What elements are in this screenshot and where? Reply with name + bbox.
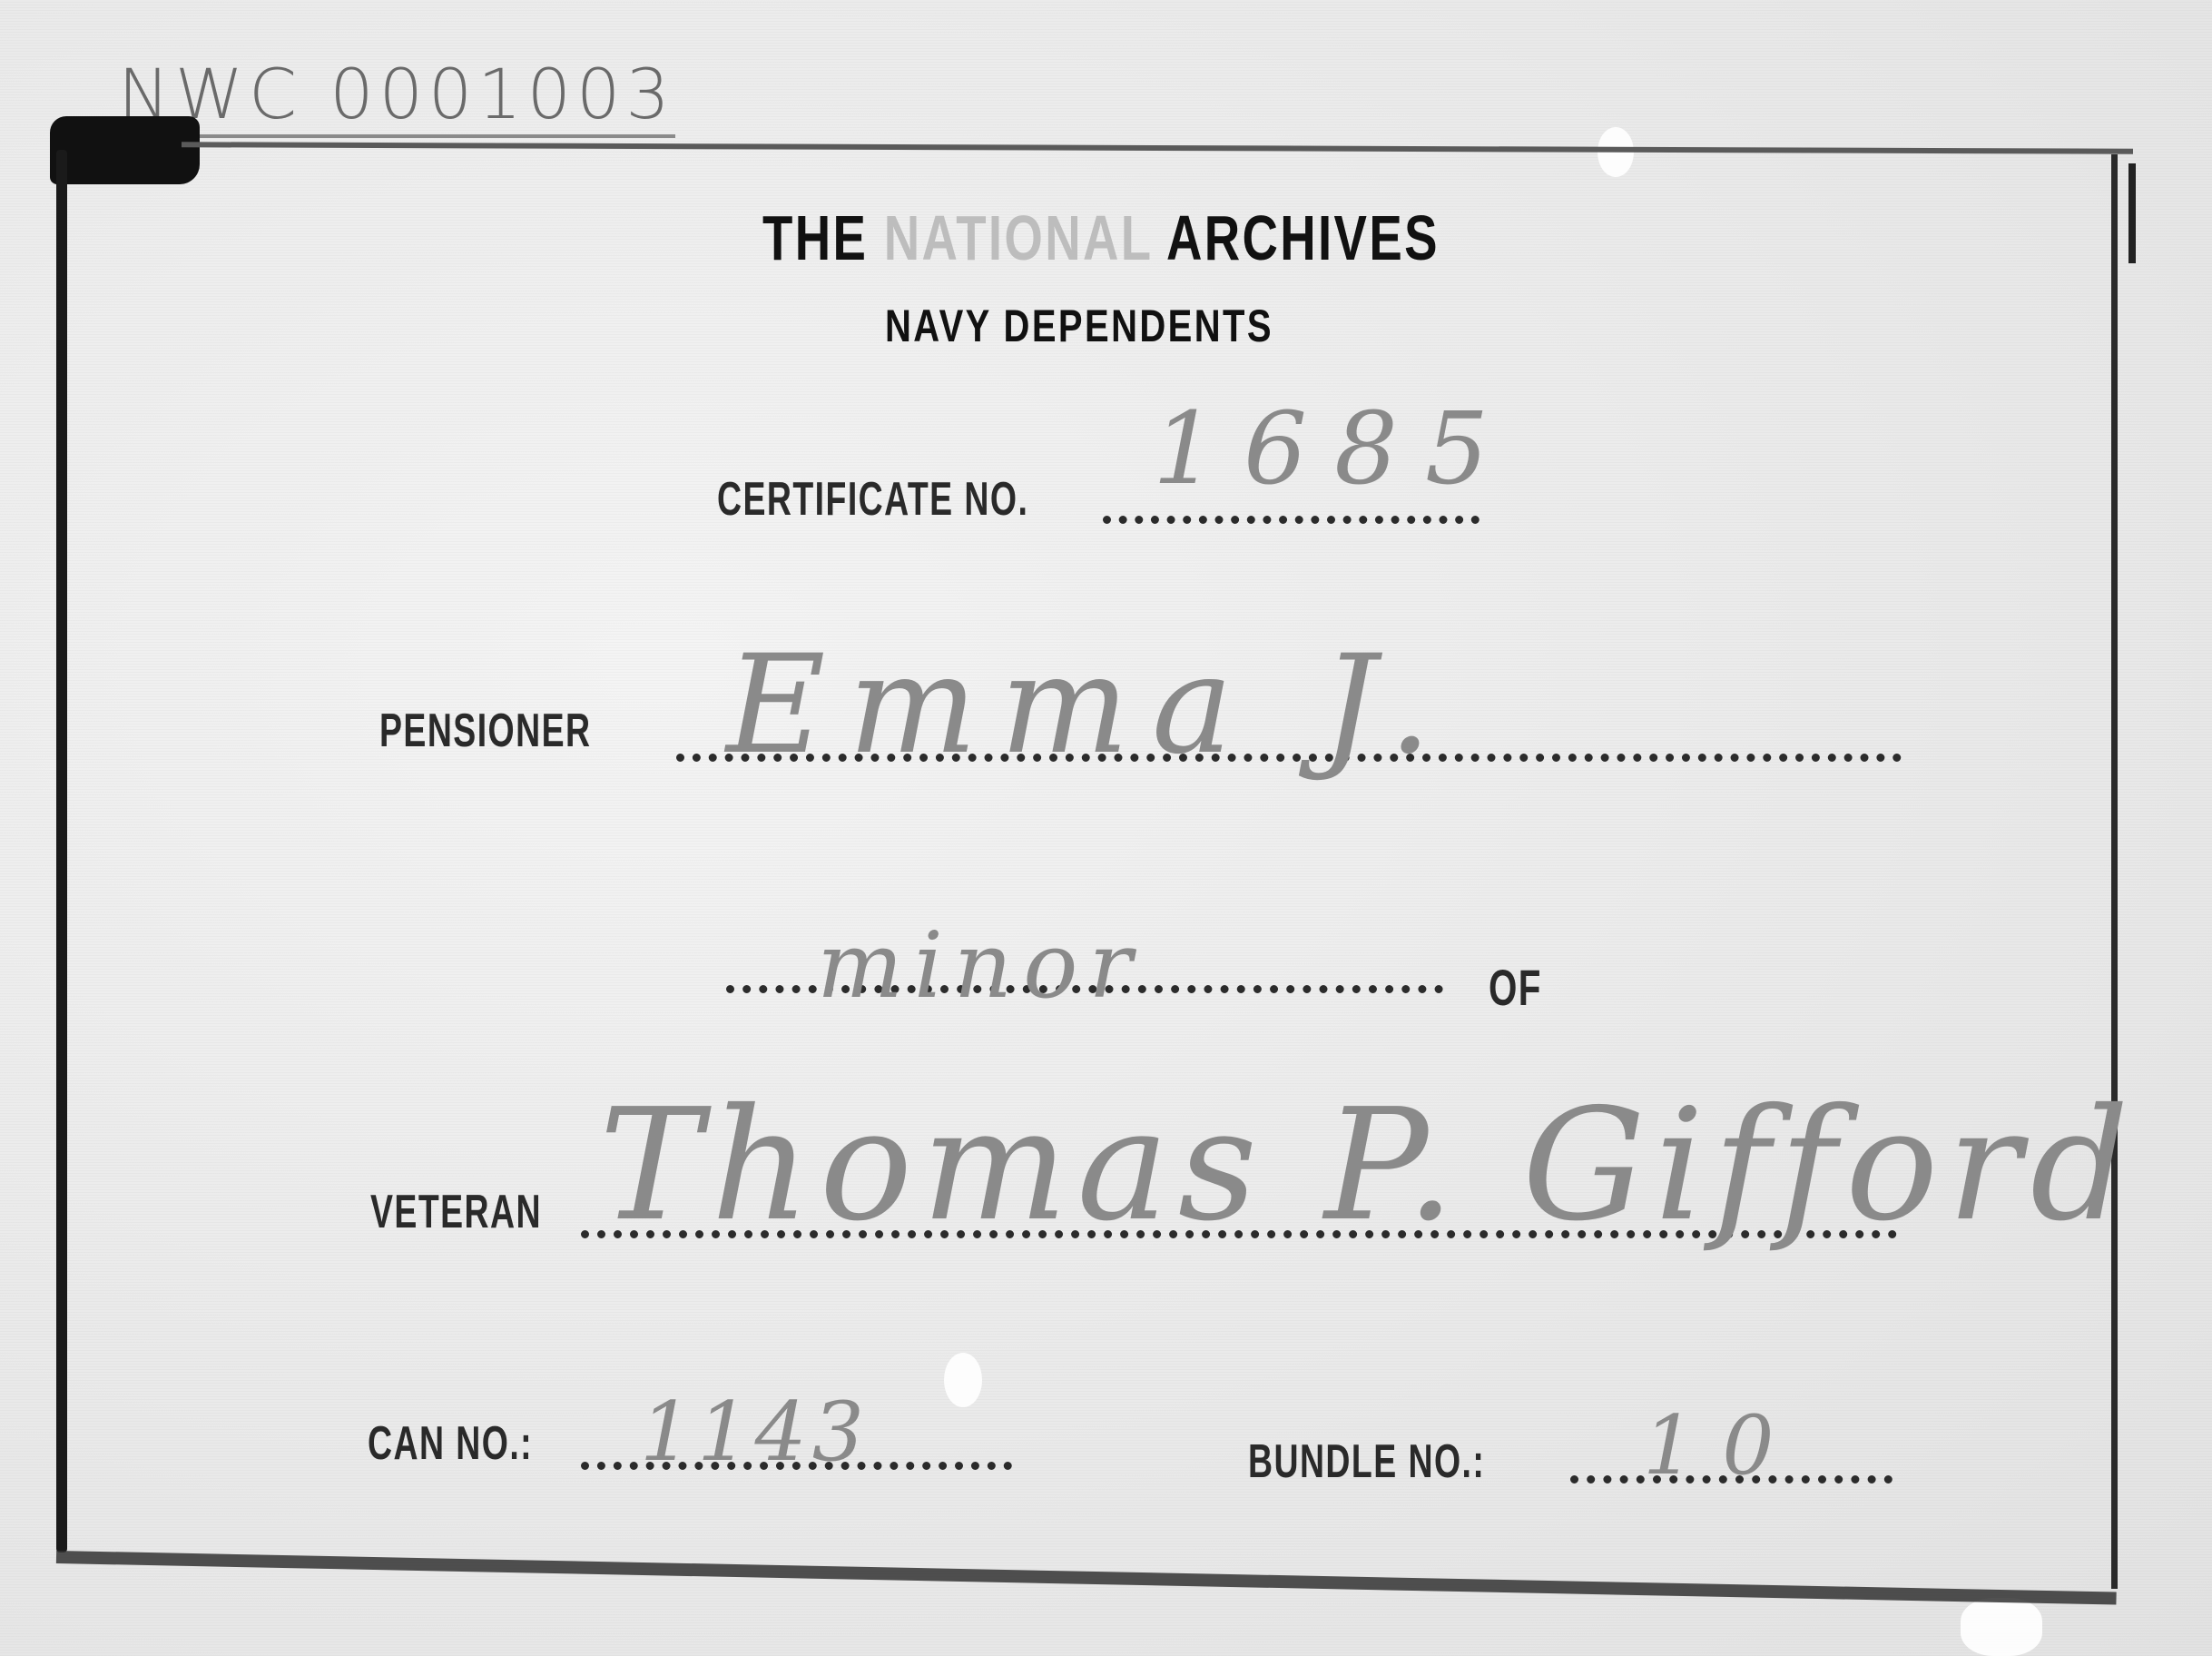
paper-speck (1961, 1598, 2042, 1656)
veteran-value: Thomas P. Gifford (599, 1076, 2138, 1256)
relation-value: minor (817, 912, 1143, 1019)
relation-of-label: OF (1489, 958, 1542, 1017)
veteran-label: VETERAN (370, 1185, 542, 1239)
can-value: 1143 (640, 1385, 870, 1480)
header-title: THE NATIONAL ARCHIVES (762, 202, 1440, 274)
header-subtitle: NAVY DEPENDENTS (885, 300, 1273, 352)
pensioner-value: Emma J. (726, 626, 1454, 784)
title-part: ARCHIVES (1166, 202, 1440, 273)
certificate-value: 1685 (1153, 390, 1516, 507)
title-part-faded: NATIONAL (884, 202, 1166, 273)
certificate-label: CERTIFICATE NO. (717, 472, 1028, 527)
archive-id: NWC 0001003 (118, 54, 675, 138)
certificate-line (1103, 516, 1480, 524)
pensioner-label: PENSIONER (379, 704, 591, 758)
bundle-value: 10 (1643, 1398, 1802, 1493)
paper-speck (944, 1353, 982, 1407)
bundle-label: BUNDLE NO.: (1248, 1434, 1485, 1489)
title-part: THE (762, 202, 884, 273)
can-label: CAN NO.: (368, 1416, 533, 1471)
ink-tab-mark (50, 116, 200, 184)
